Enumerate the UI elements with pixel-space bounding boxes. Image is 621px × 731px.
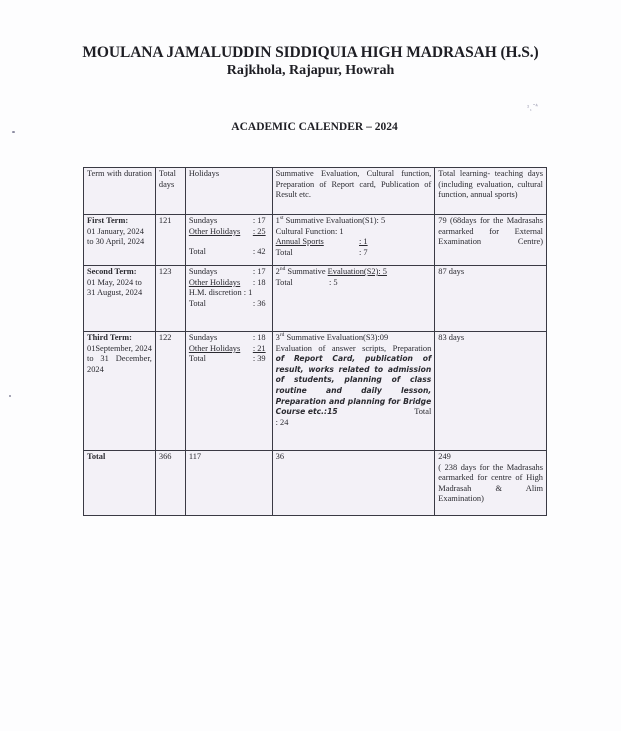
holiday-label: H.M. discretion — [189, 288, 242, 297]
holiday-value: : 1 — [244, 288, 253, 297]
holiday-line: Total: 42 — [189, 247, 269, 258]
table-row-third-term: Third Term: 01September, 2024 to 31 Dece… — [84, 332, 547, 451]
holiday-label: Total — [189, 247, 206, 258]
total-days-sum: 366 — [155, 451, 185, 516]
holiday-line: Other Holidays: 21 — [189, 344, 269, 355]
summative-total-value: : 24 — [276, 418, 432, 429]
evaluation-line: 2nd Summative Evaluation(S2): 5 — [276, 267, 432, 278]
total-days-cell: 123 — [155, 266, 185, 332]
holiday-line: Sundays: 17 — [189, 216, 269, 227]
learning-days-cell: 87 days — [435, 266, 547, 332]
holiday-line: Other Holidays: 25 — [189, 227, 269, 238]
header-learning-days: Total learning- teaching days (including… — [435, 168, 547, 215]
learning-days-note: ( 238 days for the Madrasahs earmarked f… — [438, 463, 543, 505]
institution-address: Rajkhola, Rajapur, Howrah — [0, 63, 621, 79]
term-period: 01 January, 2024 to 30 April, 2024 — [87, 227, 152, 248]
total-label: Total — [84, 451, 156, 516]
term-name: First Term: — [87, 216, 152, 227]
learning-days-sum: 249 — [438, 452, 543, 463]
holiday-label: Sundays — [189, 267, 217, 278]
description-italic: of Report Card, publication of result, w… — [276, 354, 432, 416]
holidays-cell: Sundays: 17 Other Holidays: 18 H.M. disc… — [185, 266, 272, 332]
summative-label: Total — [276, 248, 293, 259]
term-cell: Second Term: 01 May, 2024 to 31 August, … — [84, 266, 156, 332]
learning-days-cell: 79 (68days for the Madrasahs earmarked f… — [435, 215, 547, 266]
summative-label: Annual Sports — [276, 237, 324, 248]
summative-cell: 3rd Summative Evaluation(S3):09 Evaluati… — [272, 332, 435, 451]
holiday-line: Other Holidays: 18 — [189, 278, 269, 289]
table-row-total: Total 366 117 36 249 ( 238 days for the … — [84, 451, 547, 516]
summative-line: Total: 5 — [276, 278, 338, 289]
holiday-value: : 18 — [253, 333, 266, 344]
spacer — [189, 237, 269, 247]
holidays-cell: Sundays: 17 Other Holidays: 25 Total: 42 — [185, 215, 272, 266]
total-days-cell: 122 — [155, 332, 185, 451]
summative-value: : 5 — [329, 278, 338, 289]
header-holidays: Holidays — [185, 168, 272, 215]
description-plain: Evaluation of answer scripts, Preparatio… — [276, 344, 432, 355]
summative-cell: 1st Summative Evaluation(S1): 5 Cultural… — [272, 215, 435, 266]
scan-speck — [9, 395, 11, 397]
holiday-label: Sundays — [189, 216, 217, 227]
summative-line: Total: 7 — [276, 248, 368, 259]
margin-mark: ³¸ ˜⁴ — [526, 102, 538, 111]
summative-line: Annual Sports: 1 — [276, 237, 368, 248]
summative-total-label: Total — [414, 407, 431, 418]
summative-line: Cultural Function: 1 — [276, 227, 432, 238]
total-days-cell: 121 — [155, 215, 185, 266]
summative-label: Total — [276, 278, 293, 289]
learning-days-sum-cell: 249 ( 238 days for the Madrasahs earmark… — [435, 451, 547, 516]
term-cell: First Term: 01 January, 2024 to 30 April… — [84, 215, 156, 266]
learning-days-cell: 83 days — [435, 332, 547, 451]
holiday-value: : 17 — [253, 216, 266, 227]
eval-text: Summative — [285, 267, 327, 276]
calendar-heading: ACADEMIC CALENDER – 2024 — [0, 121, 621, 133]
header-total-days: Total days — [155, 168, 185, 215]
holiday-label: Other Holidays — [189, 227, 240, 238]
summative-cell: 2nd Summative Evaluation(S2): 5 Total: 5 — [272, 266, 435, 332]
holiday-label: Total — [189, 354, 206, 365]
table-header-row: Term with duration Total days Holidays S… — [84, 168, 547, 215]
institution-title: MOULANA JAMALUDDIN SIDDIQUIA HIGH MADRAS… — [0, 44, 621, 62]
holiday-value: : 25 — [253, 227, 266, 238]
term-name: Third Term: — [87, 333, 152, 344]
holiday-value: : 42 — [253, 247, 266, 258]
term-name: Second Term: — [87, 267, 152, 278]
term-period: 01September, 2024 to 31 December, 2024 — [87, 344, 152, 376]
holiday-label: Sundays — [189, 333, 217, 344]
summative-value: : 7 — [359, 248, 368, 259]
term-cell: Third Term: 01September, 2024 to 31 Dece… — [84, 332, 156, 451]
term-period: 01 May, 2024 to 31 August, 2024 — [87, 278, 152, 299]
header-summative: Summative Evaluation, Cultural function,… — [272, 168, 435, 215]
eval-text: Summative Evaluation(S3):09 — [284, 333, 388, 342]
holiday-line: Total: 36 — [189, 299, 269, 310]
holiday-value: : 21 — [253, 344, 266, 355]
summative-value: : 1 — [359, 237, 368, 248]
summative-sum: 36 — [272, 451, 435, 516]
holiday-line: H.M. discretion : 1 — [189, 288, 269, 299]
table-row-first-term: First Term: 01 January, 2024 to 30 April… — [84, 215, 547, 266]
summative-description: Evaluation of answer scripts, Preparatio… — [276, 344, 432, 418]
holiday-value: : 39 — [253, 354, 266, 365]
header-term: Term with duration — [84, 168, 156, 215]
holidays-sum: 117 — [185, 451, 272, 516]
holiday-line: Total: 39 — [189, 354, 269, 365]
holiday-value: : 18 — [253, 278, 266, 289]
holiday-label: Other Holidays — [189, 344, 240, 355]
holiday-label: Other Holidays — [189, 278, 240, 289]
holiday-value: : 36 — [253, 299, 266, 310]
eval-text: Summative Evaluation(S1): 5 — [283, 216, 385, 225]
eval-text: Evaluation(S2): 5 — [328, 267, 387, 276]
holiday-value: : 17 — [253, 267, 266, 278]
academic-calendar-table: Term with duration Total days Holidays S… — [83, 167, 547, 516]
holiday-line: Sundays: 17 — [189, 267, 269, 278]
table-row-second-term: Second Term: 01 May, 2024 to 31 August, … — [84, 266, 547, 332]
holiday-label: Total — [189, 299, 206, 310]
holiday-line: Sundays: 18 — [189, 333, 269, 344]
evaluation-line: 1st Summative Evaluation(S1): 5 — [276, 216, 432, 227]
evaluation-line: 3rd Summative Evaluation(S3):09 — [276, 333, 432, 344]
holidays-cell: Sundays: 18 Other Holidays: 21 Total: 39 — [185, 332, 272, 451]
